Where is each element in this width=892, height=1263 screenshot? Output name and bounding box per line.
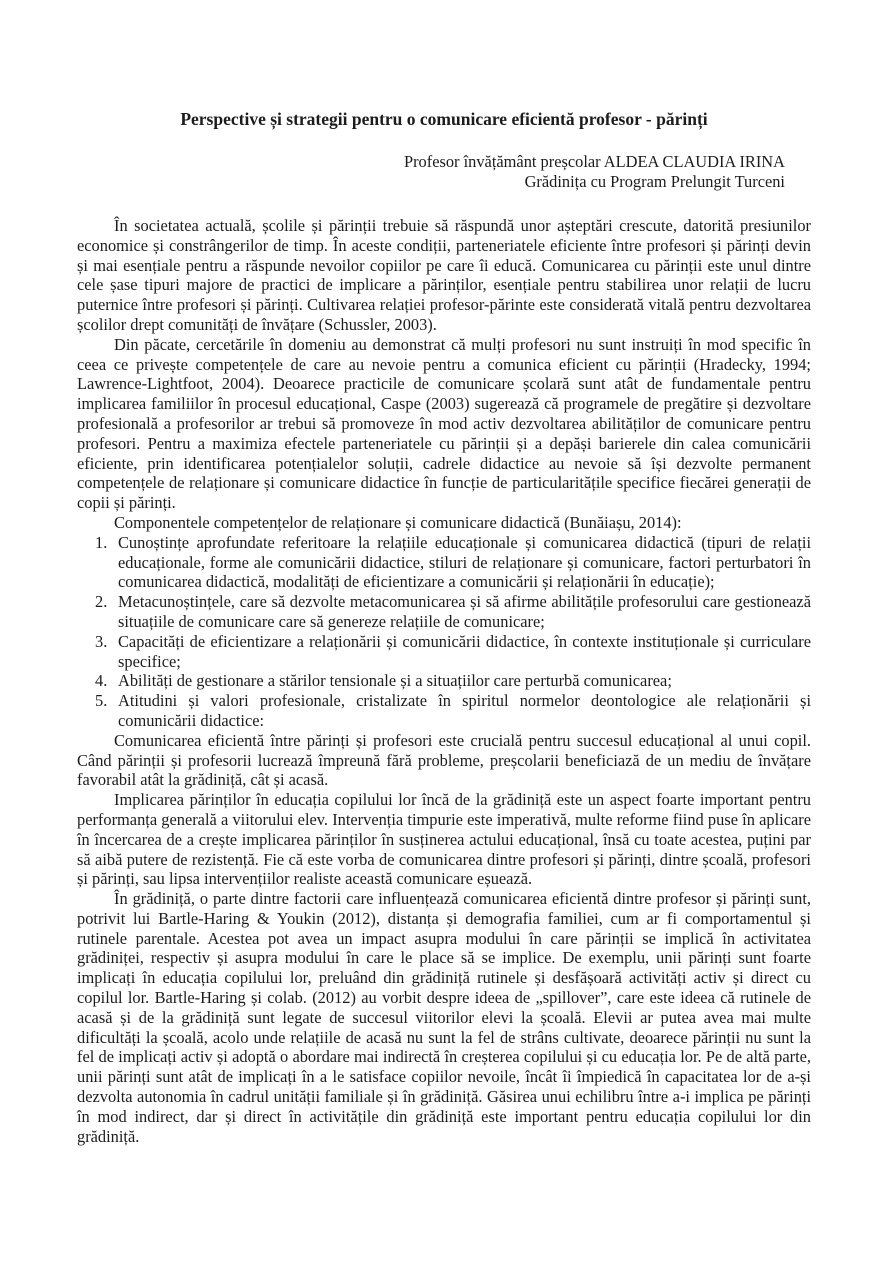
paragraph-effective-communication: Comunicarea eficientă între părinți și p… xyxy=(77,731,811,790)
list-leadin: Componentele competențelor de relaționar… xyxy=(77,513,811,533)
author-block: Profesor învățământ preșcolar ALDEA CLAU… xyxy=(77,152,811,192)
list-item-number: 1. xyxy=(95,533,107,553)
list-item: 5. Atitudini și valori profesionale, cri… xyxy=(77,691,811,731)
components-list: 1. Cunoștințe aprofundate referitoare la… xyxy=(77,533,811,731)
list-item: 3. Capacități de eficientizare a relațio… xyxy=(77,632,811,672)
paragraph-kindergarten-factors: În grădiniță, o parte dintre factorii ca… xyxy=(77,889,811,1146)
paragraph-research-findings: Din păcate, cercetările în domeniu au de… xyxy=(77,335,811,513)
list-item-number: 2. xyxy=(95,592,107,612)
affiliation-line: Grădinița cu Program Prelungit Turceni xyxy=(77,172,785,192)
list-item-text: Abilități de gestionare a stărilor tensi… xyxy=(118,671,672,690)
list-item-number: 3. xyxy=(95,632,107,652)
list-item-text: Metacunoștințele, care să dezvolte metac… xyxy=(118,592,811,631)
list-item-number: 5. xyxy=(95,691,107,711)
list-item-number: 4. xyxy=(95,671,107,691)
list-item: 1. Cunoștințe aprofundate referitoare la… xyxy=(77,533,811,592)
paragraph-parent-involvement: Implicarea părinților în educația copilu… xyxy=(77,790,811,889)
paragraph-intro-society: În societatea actuală, școlile și părinț… xyxy=(77,216,811,335)
list-item-text: Cunoștințe aprofundate referitoare la re… xyxy=(118,533,811,592)
list-item-text: Atitudini și valori profesionale, crista… xyxy=(118,691,811,730)
document-title: Perspective și strategii pentru o comuni… xyxy=(77,108,811,130)
list-item: 2. Metacunoștințele, care să dezvolte me… xyxy=(77,592,811,632)
list-item-text: Capacități de eficientizare a relaționăr… xyxy=(118,632,811,671)
author-line: Profesor învățământ preșcolar ALDEA CLAU… xyxy=(77,152,785,172)
document-page: Perspective și strategii pentru o comuni… xyxy=(0,0,892,1263)
list-item: 4. Abilități de gestionare a stărilor te… xyxy=(77,671,811,691)
